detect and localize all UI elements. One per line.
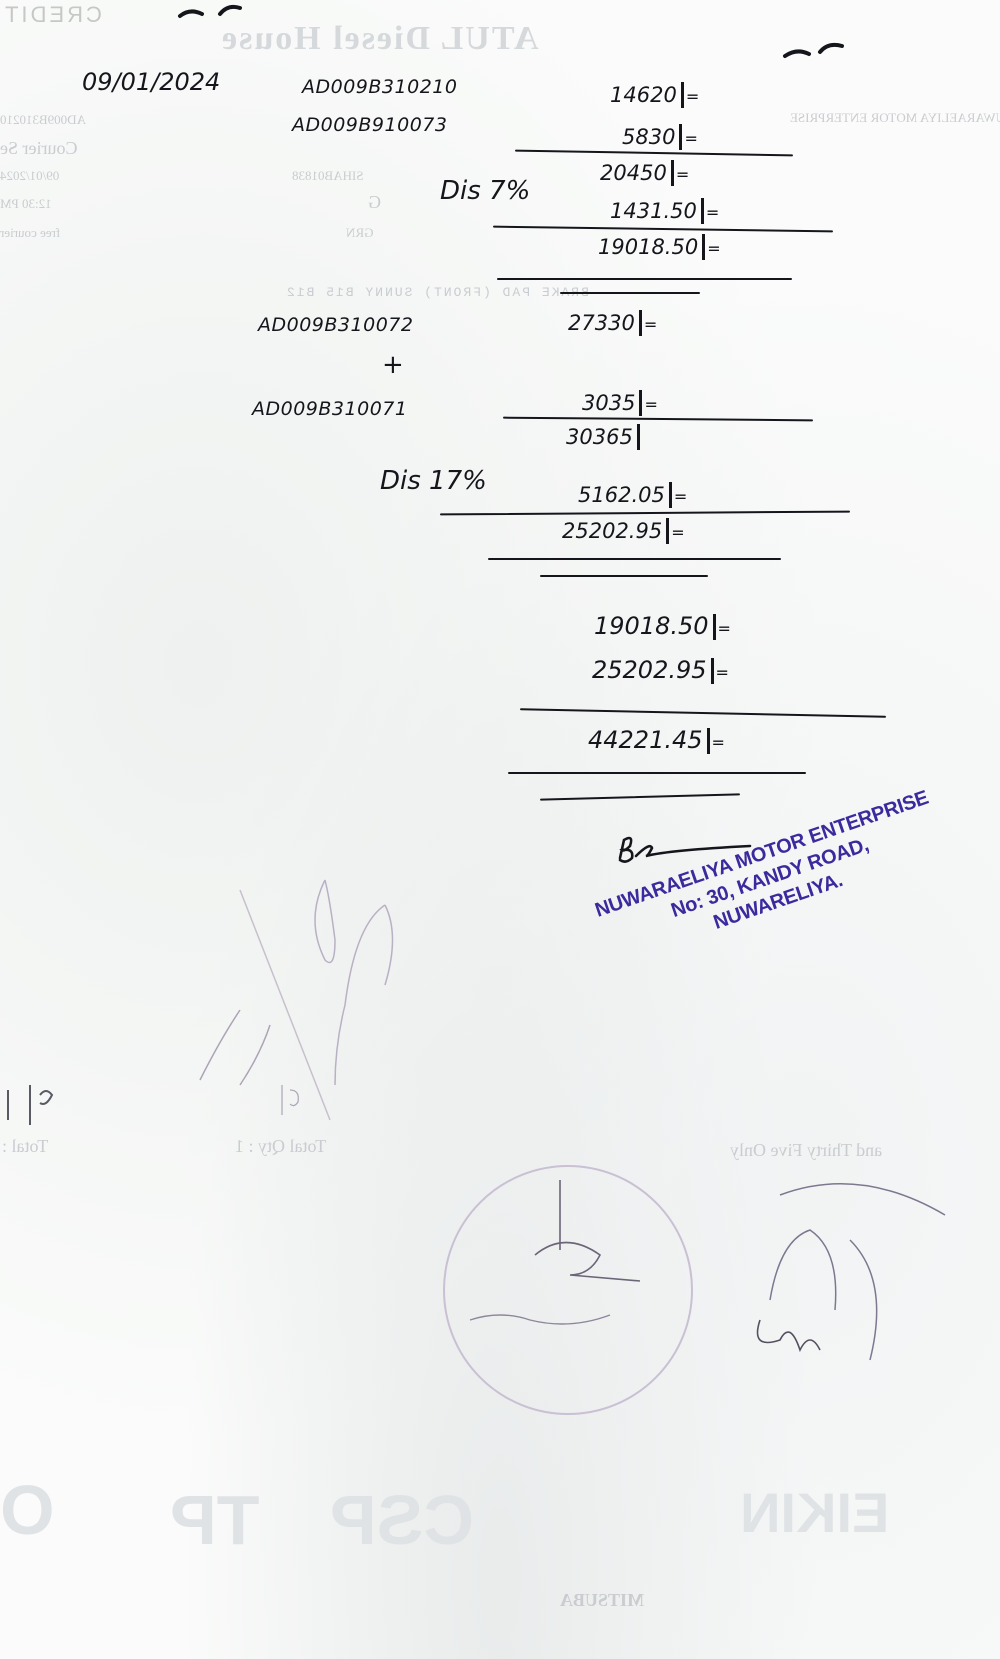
summary-value: 19018.50 xyxy=(594,612,709,640)
discount-value: 5162.05 xyxy=(578,483,665,507)
double-rule xyxy=(488,558,781,560)
invoice-number: AD009B310072 xyxy=(258,314,413,336)
amount-value: 14620 xyxy=(610,83,677,107)
discount-line: 1431.50= xyxy=(610,198,719,224)
amount-value: 5830 xyxy=(622,125,675,149)
discount-label: Dis 7% xyxy=(440,176,530,206)
summary-line: 19018.50= xyxy=(594,612,731,640)
discount-line: 5162.05= xyxy=(578,482,687,508)
net-line: 19018.50= xyxy=(598,234,721,260)
summary-value: 25202.95 xyxy=(592,656,707,684)
subtotal-line: 30365 xyxy=(566,424,640,450)
net-value: 19018.50 xyxy=(598,235,698,259)
subtotal-value: 20450 xyxy=(600,161,667,185)
amount-line: 14620= xyxy=(610,82,699,108)
grand-total-line: 44221.45= xyxy=(588,726,725,754)
amount-line: 27330= xyxy=(568,310,657,336)
invoice-number: AD009B310210 xyxy=(302,76,457,98)
amount-value: 27330 xyxy=(568,311,635,335)
double-rule xyxy=(497,278,792,280)
grand-total-value: 44221.45 xyxy=(588,726,703,754)
net-line: 25202.95= xyxy=(562,518,685,544)
net-value: 25202.95 xyxy=(562,519,662,543)
double-rule xyxy=(508,772,806,774)
subtotal-value: 30365 xyxy=(566,425,633,449)
invoice-number: AD009B310071 xyxy=(252,398,407,420)
discount-label: Dis 17% xyxy=(380,466,487,496)
double-rule xyxy=(560,292,700,294)
amount-line: 5830= xyxy=(622,124,698,150)
subtotal-line: 20450= xyxy=(600,160,689,186)
amount-value: 3035 xyxy=(582,391,635,415)
invoice-date: 09/01/2024 xyxy=(82,68,220,96)
discount-value: 1431.50 xyxy=(610,199,697,223)
double-rule xyxy=(540,575,708,577)
invoice-number: AD009B910073 xyxy=(292,114,447,136)
summary-line: 25202.95= xyxy=(592,656,729,684)
amount-line: 3035= xyxy=(582,390,658,416)
plus-sign: + xyxy=(382,350,404,380)
